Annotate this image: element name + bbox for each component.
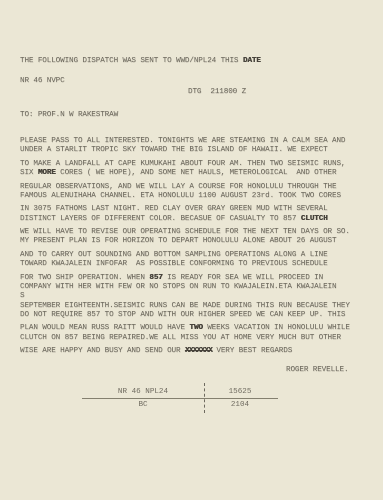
body-line: FAMOUS ALENUIHAHA CHANNEL. ETA HONOLULU …: [20, 192, 371, 201]
body-line: DO NOT REQUIRE 857 TO STOP AND WITH OUR …: [20, 311, 371, 320]
overstruck-word: TWO: [189, 324, 202, 332]
radio-log-block: NR 46 NPL24 15625 BC 2104: [82, 386, 278, 412]
text-run: S: [20, 292, 24, 300]
text-run: DO NOT REQUIRE 857 TO STOP AND WITH OUR …: [20, 311, 345, 319]
body-line: UNDER A STARLIT TROPIC SKY TOWARD THE BI…: [20, 146, 371, 155]
text-run: FOR TWO SHIP OPERATION. WHEN: [20, 274, 149, 282]
message-number-line: NR 46 NVPC: [20, 77, 371, 86]
overstruck-word: 857: [149, 274, 162, 282]
body-line: MY PRESENT PLAN IS FOR HORIZON TO DEPART…: [20, 237, 371, 246]
body-line: AND TO CARRY OUT SOUNDING AND BOTTOM SAM…: [20, 251, 371, 260]
dtg-line: DTG211800 Z: [20, 88, 371, 97]
body-line: WISE ARE HAPPY AND BUSY AND SEND OUR XXX…: [20, 347, 371, 356]
body-line: S: [20, 292, 371, 301]
paragraph-2: TO MAKE A LANDFALL AT CAPE KUMUKAHI ABOU…: [20, 160, 371, 178]
text-run: IN 3075 FATHOMS LAST NIGHT. RED CLAY OVE…: [20, 205, 328, 213]
log-operator-initials: BC: [82, 401, 204, 409]
body-line: SEPTEMBER EIGHTEENTH.SEISMIC RUNS CAN BE…: [20, 302, 371, 311]
recipient-text: TO: PROF.N W RAKESTRAW: [20, 111, 118, 119]
dtg-label: DTG: [188, 88, 201, 96]
body-line: PLAN WOULD MEAN RUSS RAITT WOULD HAVE TW…: [20, 324, 371, 333]
log-row-1: NR 46 NPL24 15625: [82, 386, 278, 399]
recipient-line: TO: PROF.N W RAKESTRAW: [20, 111, 371, 120]
text-run: UNDER A STARLIT TROPIC SKY TOWARD THE BI…: [20, 146, 328, 154]
paragraph-1: PLEASE PASS TO ALL INTERESTED. TONIGHTS …: [20, 137, 371, 155]
text-run: TOWARD KWAJALEIN INFOFAR AS POSSIBLE CON…: [20, 260, 328, 268]
text-run: COMPANY WITH HER WITH FEW OR NO STOPS ON…: [20, 283, 336, 291]
text-run: VERY BEST REGARDS: [212, 347, 292, 355]
log-time-number: 2104: [204, 401, 276, 409]
message-number: NR 46 NVPC: [20, 77, 65, 85]
paragraph-9: WISE ARE HAPPY AND BUSY AND SEND OUR XXX…: [20, 347, 371, 356]
body-line: WE WILL HAVE TO REVISE OUR OPERATING SCH…: [20, 228, 371, 237]
log-row-2: BC 2104: [82, 399, 278, 412]
body-line: DISTINCT LAYERS OF DIFFERENT COLOR. BECA…: [20, 215, 371, 224]
body-line: TOWARD KWAJALEIN INFOFAR AS POSSIBLE CON…: [20, 260, 371, 269]
text-run: WE WILL HAVE TO REVISE OUR OPERATING SCH…: [20, 228, 350, 236]
text-run: SEPTEMBER EIGHTEENTH.SEISMIC RUNS CAN BE…: [20, 302, 350, 310]
text-run: AND TO CARRY OUT SOUNDING AND BOTTOM SAM…: [20, 251, 328, 259]
paragraph-8: PLAN WOULD MEAN RUSS RAITT WOULD HAVE TW…: [20, 324, 371, 342]
text-run: WEEKS VACATION IN HONOLULU WHILE: [203, 324, 350, 332]
log-dashed-divider: [204, 383, 205, 413]
overstruck-word: MORE: [38, 169, 56, 177]
body-line: SIX MORE CORES ( WE HOPE), AND SOME NET …: [20, 169, 371, 178]
scanned-dispatch-page: { "colors": { "paper": "#ebe7d5", "ink":…: [0, 0, 383, 500]
routing-text: THE FOLLOWING DISPATCH WAS SENT TO WWD/N…: [20, 57, 243, 65]
text-run: CORES ( WE HOPE), AND SOME NET HAULS, ME…: [56, 169, 337, 177]
text-run: WISE ARE HAPPY AND BUSY AND SEND OUR: [20, 347, 185, 355]
crossed-out-word: XXXXXXX: [185, 347, 212, 355]
log-serial-number: 15625: [204, 388, 276, 396]
telegram-paper: THE FOLLOWING DISPATCH WAS SENT TO WWD/N…: [0, 0, 383, 500]
paragraph-3: REGULAR OBSERVATIONS, AND WE WILL LAY A …: [20, 183, 371, 201]
paragraph-7: FOR TWO SHIP OPERATION. WHEN 857 IS READ…: [20, 274, 371, 320]
body-line: IN 3075 FATHOMS LAST NIGHT. RED CLAY OVE…: [20, 205, 371, 214]
text-run: TO MAKE A LANDFALL AT CAPE KUMUKAHI ABOU…: [20, 160, 345, 168]
text-run: DISTINCT LAYERS OF DIFFERENT COLOR. BECA…: [20, 215, 301, 223]
text-run: REGULAR OBSERVATIONS, AND WE WILL LAY A …: [20, 183, 336, 191]
overstruck-word: CLUTCH: [301, 215, 328, 223]
text-run: CLUTCH ON 857 BEING REPAIRED.WE ALL MISS…: [20, 334, 341, 342]
signature-name: ROGER REVELLE.: [286, 366, 348, 374]
log-message-id: NR 46 NPL24: [82, 388, 204, 396]
body-line: PLEASE PASS TO ALL INTERESTED. TONIGHTS …: [20, 137, 371, 146]
signature-line: ROGER REVELLE.: [20, 366, 371, 375]
text-run: PLAN WOULD MEAN RUSS RAITT WOULD HAVE: [20, 324, 189, 332]
paragraph-4: IN 3075 FATHOMS LAST NIGHT. RED CLAY OVE…: [20, 205, 371, 223]
paragraph-6: AND TO CARRY OUT SOUNDING AND BOTTOM SAM…: [20, 251, 371, 269]
body-line: FOR TWO SHIP OPERATION. WHEN 857 IS READ…: [20, 274, 371, 283]
paragraph-5: WE WILL HAVE TO REVISE OUR OPERATING SCH…: [20, 228, 371, 246]
routing-line: THE FOLLOWING DISPATCH WAS SENT TO WWD/N…: [20, 57, 371, 66]
text-run: FAMOUS ALENUIHAHA CHANNEL. ETA HONOLULU …: [20, 192, 341, 200]
text-run: SIX: [20, 169, 38, 177]
text-run: IS READY FOR SEA WE WILL PROCEED IN: [163, 274, 323, 282]
body-line: CLUTCH ON 857 BEING REPAIRED.WE ALL MISS…: [20, 334, 371, 343]
dtg-value: 211800 Z: [210, 88, 246, 96]
body-line: REGULAR OBSERVATIONS, AND WE WILL LAY A …: [20, 183, 371, 192]
routing-date-bold: DATE: [243, 57, 261, 65]
body-line: COMPANY WITH HER WITH FEW OR NO STOPS ON…: [20, 283, 371, 292]
body-line: TO MAKE A LANDFALL AT CAPE KUMUKAHI ABOU…: [20, 160, 371, 169]
text-run: PLEASE PASS TO ALL INTERESTED. TONIGHTS …: [20, 137, 345, 145]
text-run: MY PRESENT PLAN IS FOR HORIZON TO DEPART…: [20, 237, 336, 245]
